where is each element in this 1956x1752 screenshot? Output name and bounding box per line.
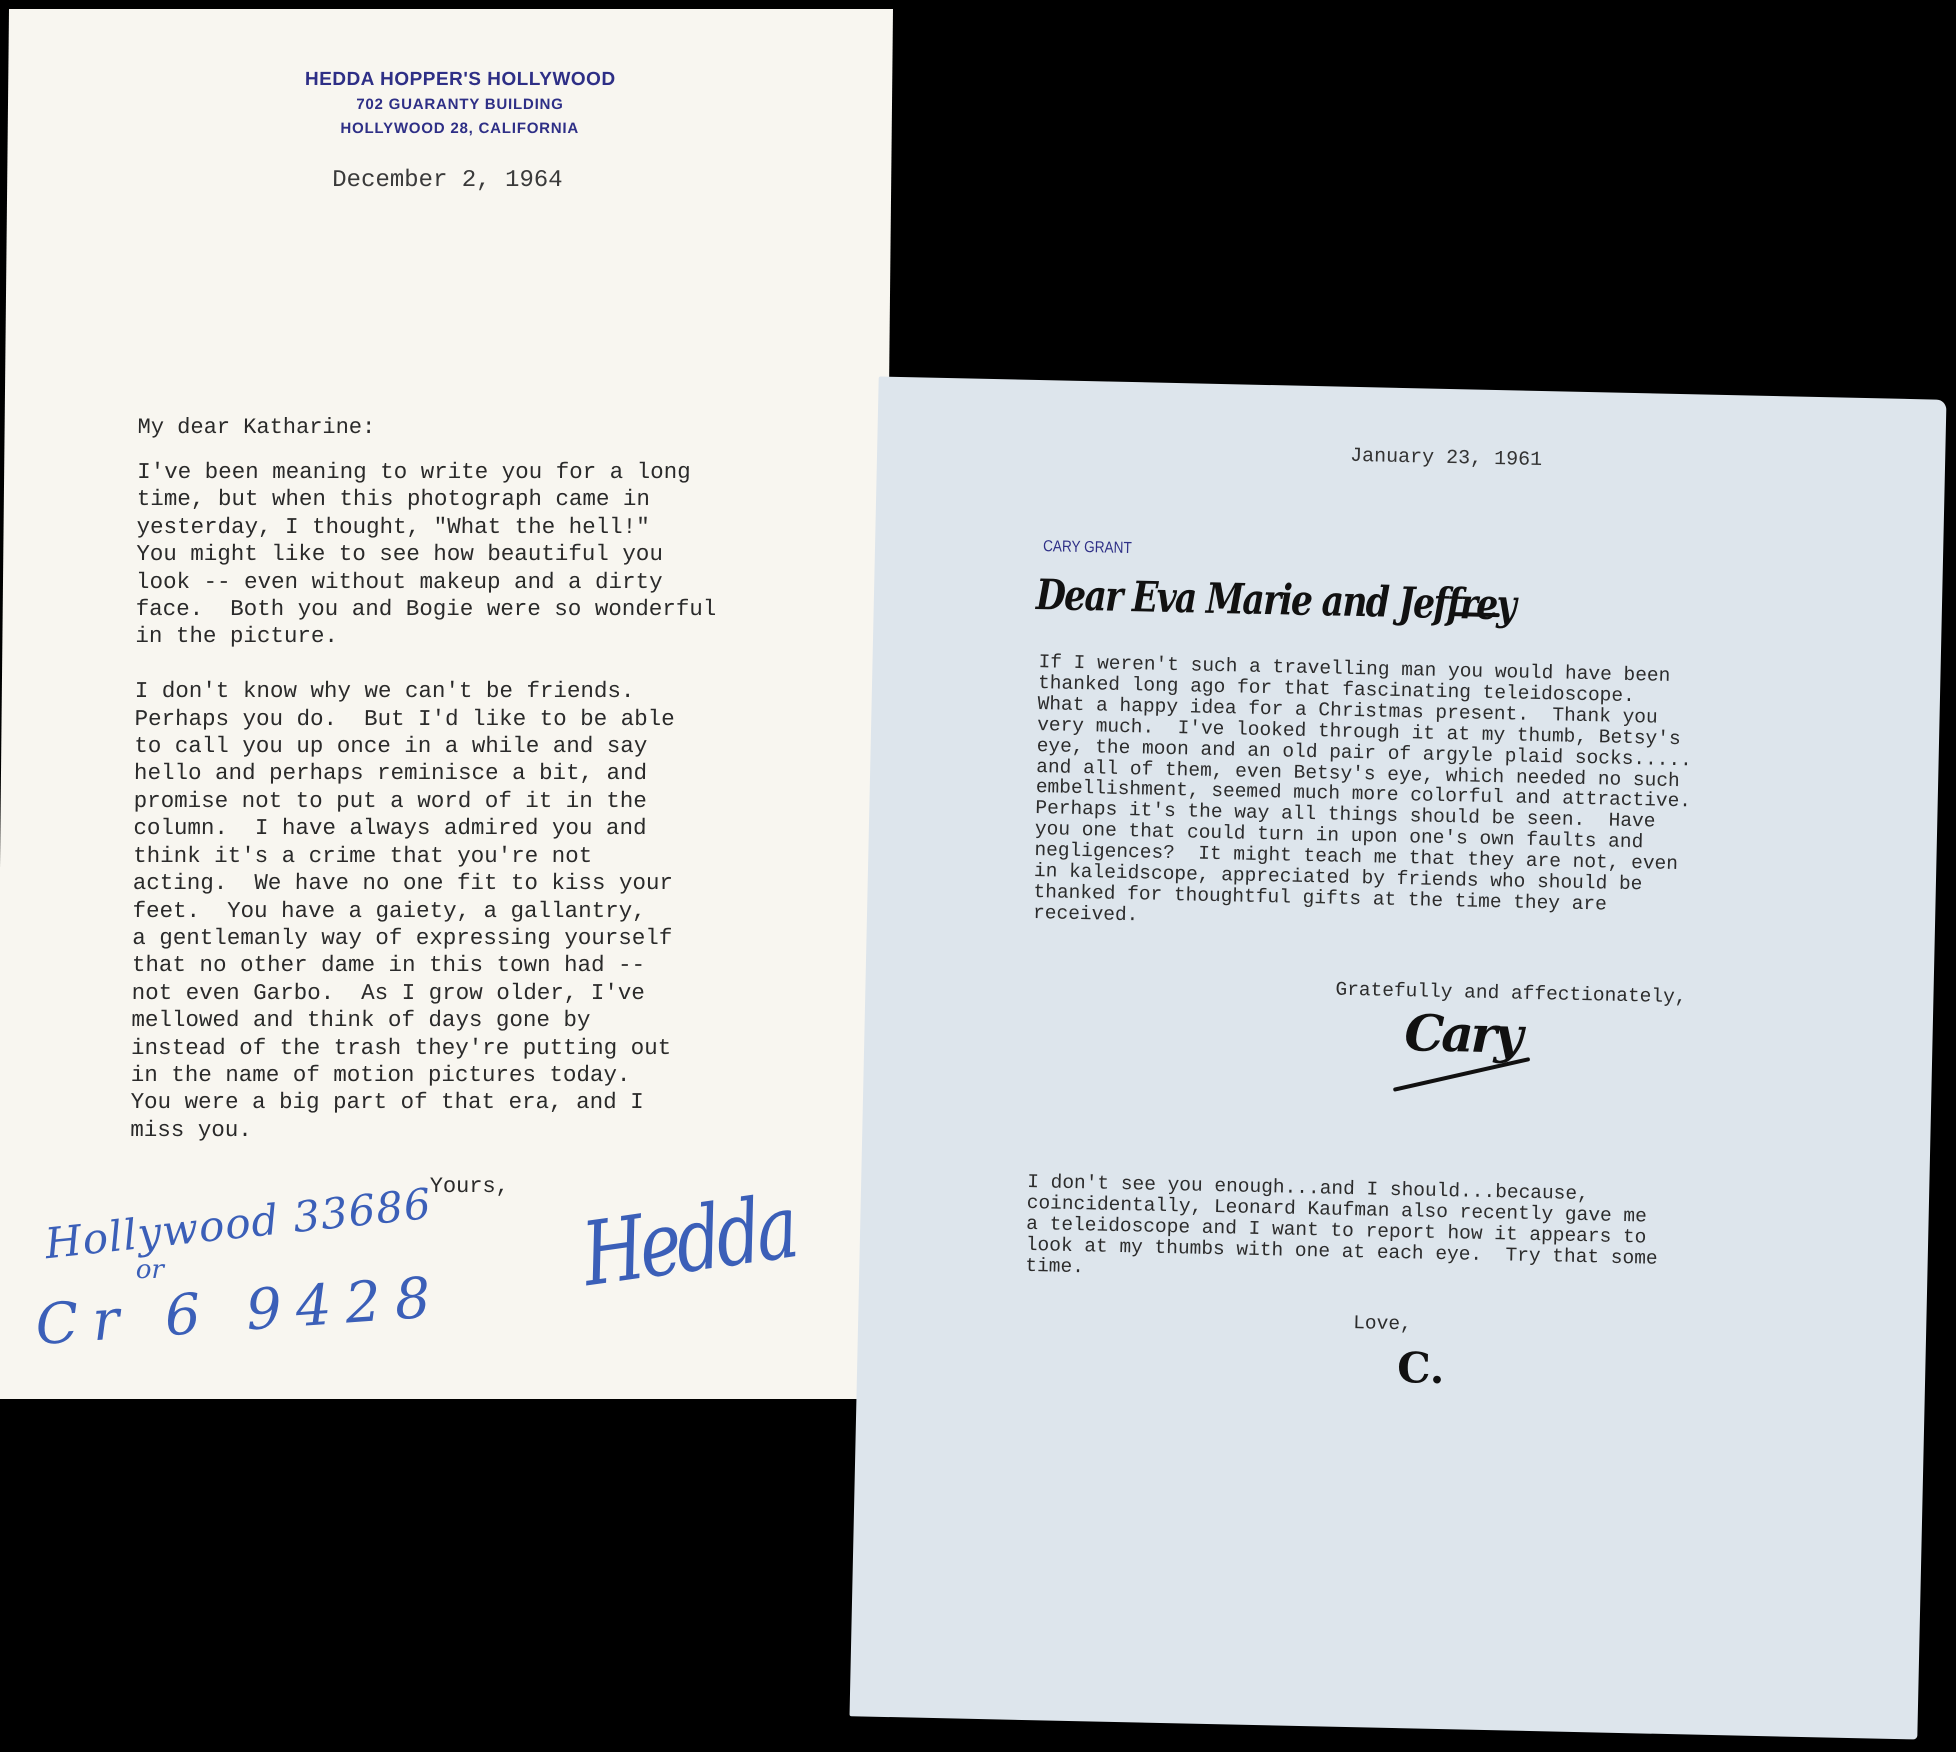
letter-body: I've been meaning to write you for a lon… [130, 459, 718, 1144]
signature-initial: C. [1397, 1343, 1445, 1393]
signature-cary: Cary [1404, 1003, 1521, 1065]
closing: Gratefully and affectionately, [1335, 979, 1686, 1009]
cary-grant-letter: January 23, 1961 CARY GRANT Dear Eva Mar… [850, 377, 1947, 1740]
letterhead: HEDDA HOPPER'S HOLLYWOOD 702 GUARANTY BU… [8, 67, 893, 141]
hedda-hopper-letter: HEDDA HOPPER'S HOLLYWOOD 702 GUARANTY BU… [0, 9, 893, 1399]
letter-date: December 2, 1964 [332, 167, 563, 194]
letter-body: If I weren't such a travelling man you w… [1033, 652, 1694, 938]
postscript: I don't see you enough...and I should...… [1025, 1172, 1659, 1290]
letterhead-address-line1: 702 GUARANTY BUILDING [28, 93, 892, 117]
handwritten-or: or [136, 1255, 164, 1285]
handwritten-salutation: Dear Eva Marie and Jeffrey [1035, 570, 1515, 629]
letterhead: CARY GRANT [1043, 538, 1132, 558]
closing-love: Love, [1353, 1312, 1412, 1335]
letterhead-address-line2: HOLLYWOOD 28, CALIFORNIA [28, 117, 892, 141]
signature-hedda: Hedda [577, 1175, 800, 1306]
letterhead-name: HEDDA HOPPER'S HOLLYWOOD [28, 67, 892, 93]
closing: Yours, [430, 1174, 509, 1199]
handwritten-phone-2: Cr 6 9428 [34, 1265, 447, 1358]
handwritten-phone-1: Hollywood 33686 [43, 1179, 434, 1268]
salutation: My dear Katharine: [137, 414, 375, 441]
letter-date: January 23, 1961 [1350, 445, 1542, 472]
